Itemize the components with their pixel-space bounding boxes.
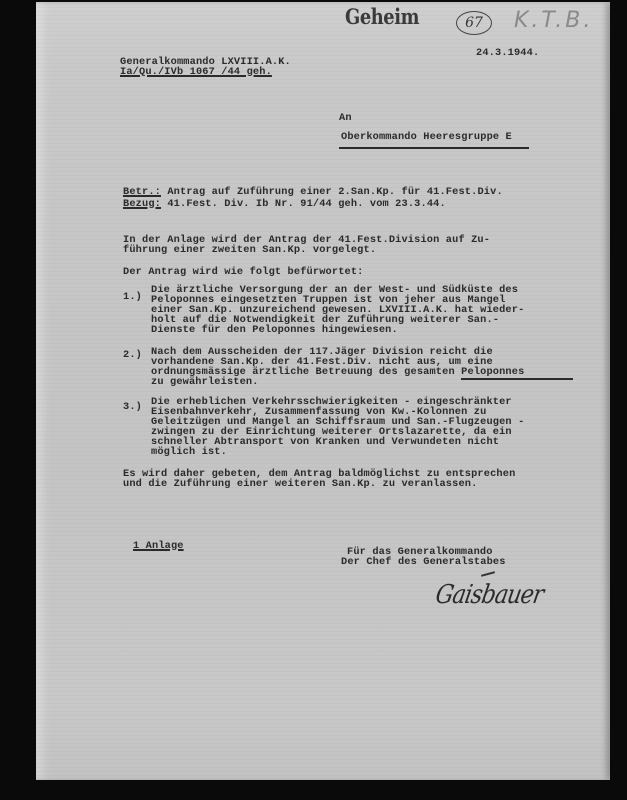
document-page: Geheim 67 K.T.B. Generalkommando LXVIII.…	[36, 2, 610, 780]
recipient-underline	[339, 147, 529, 149]
betr-text: Antrag auf Zuführung einer 2.San.Kp. für…	[167, 186, 502, 198]
point-2-number: 2.)	[123, 350, 142, 361]
signature-dash	[481, 571, 495, 577]
signature-block-line-2: Der Chef des Generalstabes	[341, 557, 506, 568]
handwritten-ktb-mark: K.T.B.	[514, 8, 593, 33]
closing-line-2: und die Zuführung einer weiteren San.Kp.…	[123, 479, 477, 490]
subject-line: Betr.: Antrag auf Zuführung einer 2.San.…	[123, 187, 503, 198]
bezug-label: Bezug:	[123, 198, 161, 210]
point-2-line: zu gewährleisten.	[151, 377, 259, 388]
point-1-line: Dienste für den Peloponnes hingewiesen.	[151, 325, 398, 336]
enclosure-note: 1 Anlage	[133, 541, 184, 552]
sender-line-2: Ia/Qu./IVb 1067 /44 geh.	[120, 67, 272, 78]
circled-page-number: 67	[456, 11, 492, 35]
point-1-number: 1.)	[123, 292, 142, 303]
recipient-label: An	[339, 113, 352, 124]
recipient-name: Oberkommando Heeresgruppe E	[341, 132, 512, 143]
point-3-number: 3.)	[123, 402, 142, 413]
betr-label: Betr.:	[123, 186, 161, 198]
intro-line-2: führung einer zweiten San.Kp. vorgelegt.	[123, 245, 376, 256]
point-3-line: möglich ist.	[151, 447, 227, 458]
handwritten-signature: Gaisbauer	[433, 580, 545, 610]
document-date: 24.3.1944.	[476, 48, 539, 59]
support-line: Der Antrag wird wie folgt befürwortet:	[123, 267, 364, 278]
emphasis-underline	[461, 378, 573, 380]
reference-line: Bezug: 41.Fest. Div. Ib Nr. 91/44 geh. v…	[123, 199, 446, 210]
bezug-text: 41.Fest. Div. Ib Nr. 91/44 geh. vom 23.3…	[167, 198, 445, 210]
secret-stamp: Geheim	[345, 4, 419, 29]
